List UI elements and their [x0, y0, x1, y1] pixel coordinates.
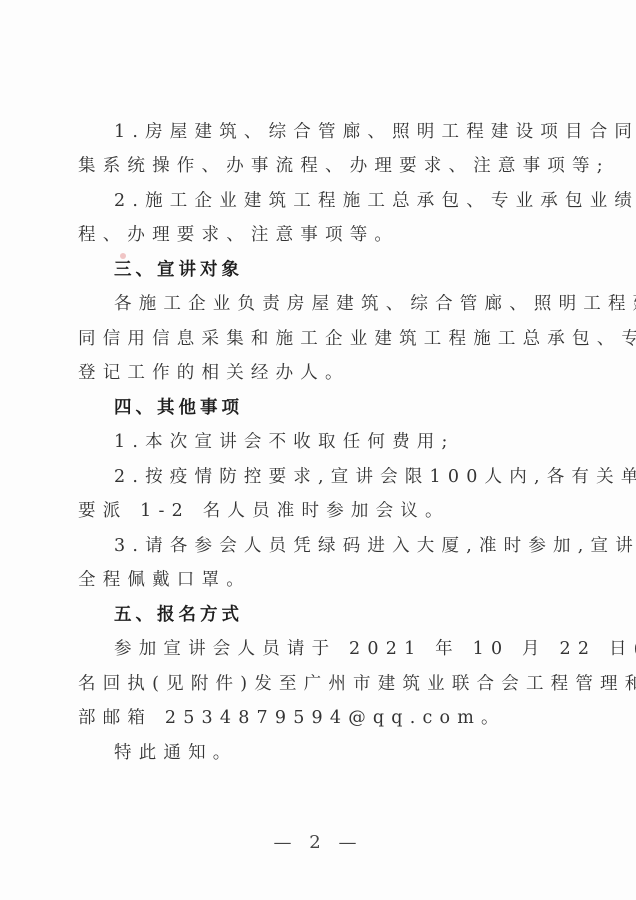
- section-4-item-3-line-1: 3.请各参会人员凭绿码进入大厦,准时参加,宣讲会期间请: [114, 531, 554, 561]
- section-4-item-3-line-2: 全程佩戴口罩。: [78, 565, 552, 595]
- item-2-line-2: 程、办理要求、注意事项等。: [78, 220, 552, 250]
- section-5-para-line-2: 名回执(见附件)发至广州市建筑业联合会工程管理和培训工作: [78, 669, 552, 699]
- closing-notice: 特此通知。: [114, 738, 554, 768]
- item-1-line-2: 集系统操作、办事流程、办理要求、注意事项等;: [78, 151, 552, 181]
- section-4-heading: 四、其他事项: [114, 393, 554, 423]
- section-4-item-2-line-1: 2.按疫情防控要求,宣讲会限100人内,各有关单位根据需: [114, 462, 554, 492]
- section-5-email-line: 部邮箱 2534879594@qq.com。: [78, 703, 552, 733]
- section-3-para-line-2: 同信用信息采集和施工企业建筑工程施工总承包、专业承包业绩: [78, 324, 552, 354]
- section-5-heading: 五、报名方式: [114, 600, 554, 630]
- section-5-para-line-1: 参加宣讲会人员请于 2021 年 10 月 22 日(星期五)前将报: [114, 634, 554, 664]
- section-3-heading: 三、宣讲对象: [114, 255, 554, 285]
- section-4-item-2-line-2: 要派 1-2 名人员准时参加会议。: [78, 496, 552, 526]
- section-4-item-1: 1.本次宣讲会不收取任何费用;: [114, 427, 554, 457]
- section-3-para-line-3: 登记工作的相关经办人。: [78, 358, 552, 388]
- section-3-para-line-1: 各施工企业负责房屋建筑、综合管廊、照明工程建设项目合: [114, 289, 554, 319]
- item-1-line-1: 1.房屋建筑、综合管廊、照明工程建设项目合同信用信息采: [114, 117, 554, 147]
- item-2-line-1: 2.施工企业建筑工程施工总承包、专业承包业绩登记办事流: [114, 186, 554, 216]
- page-number: — 2 —: [0, 832, 636, 853]
- document-page: 1.房屋建筑、综合管廊、照明工程建设项目合同信用信息采 集系统操作、办事流程、办…: [0, 0, 636, 900]
